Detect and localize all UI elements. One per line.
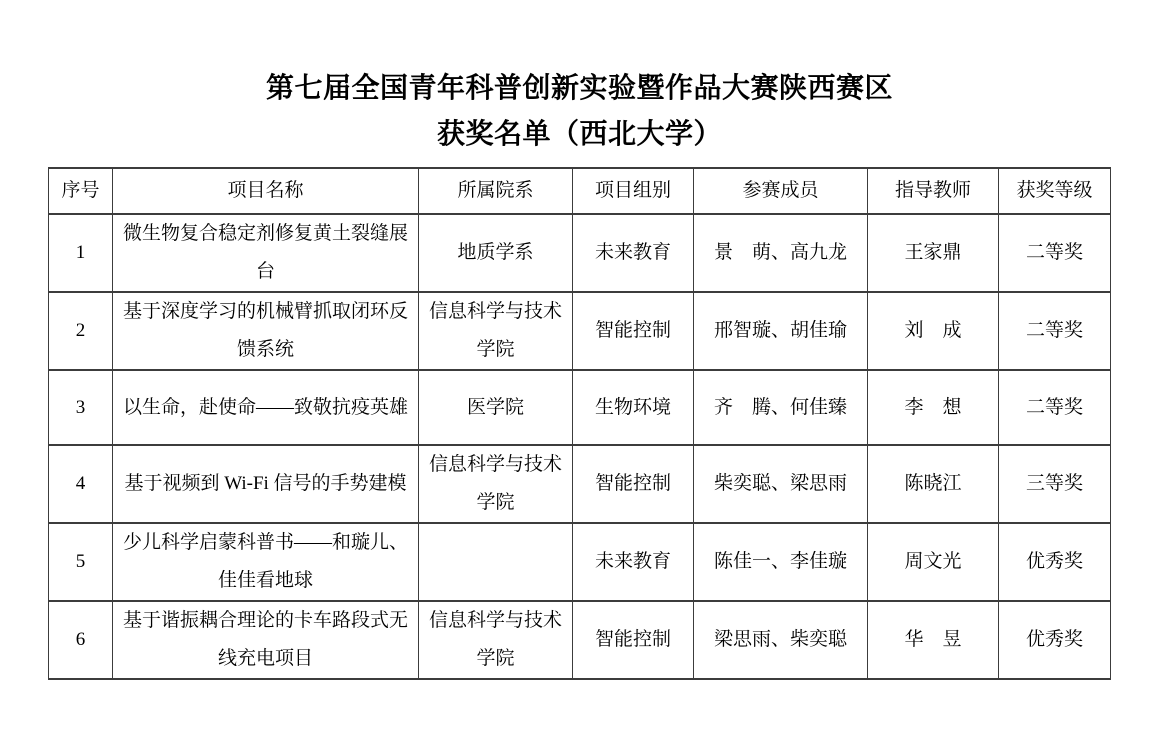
- members-cell: 齐 腾、何佳臻: [694, 370, 868, 445]
- award-cell: 二等奖: [999, 370, 1111, 445]
- project-name-cell: 基于深度学习的机械臂抓取闭环反馈系统: [113, 292, 419, 370]
- members-cell: 邢智璇、胡佳瑜: [694, 292, 868, 370]
- header-cell-members: 参赛成员: [694, 168, 868, 214]
- group-cell: 生物环境: [573, 370, 694, 445]
- members-cell: 景 萌、高九龙: [694, 214, 868, 292]
- table-row: 6 基于谐振耦合理论的卡车路段式无线充电项目 信息科学与技术学院 智能控制 梁思…: [49, 601, 1111, 679]
- table-row: 4 基于视频到 Wi-Fi 信号的手势建模 信息科学与技术学院 智能控制 柴奕聪…: [49, 445, 1111, 523]
- header-cell-group: 项目组别: [573, 168, 694, 214]
- table-header-row: 序号 项目名称 所属院系 项目组别 参赛成员 指导教师 获奖等级: [49, 168, 1111, 214]
- serial-cell: 4: [49, 445, 113, 523]
- department-cell: 信息科学与技术学院: [419, 445, 573, 523]
- members-cell: 柴奕聪、梁思雨: [694, 445, 868, 523]
- members-cell: 梁思雨、柴奕聪: [694, 601, 868, 679]
- group-cell: 未来教育: [573, 214, 694, 292]
- header-cell-department: 所属院系: [419, 168, 573, 214]
- award-cell: 二等奖: [999, 214, 1111, 292]
- group-cell: 智能控制: [573, 292, 694, 370]
- teacher-cell: 华 昱: [868, 601, 999, 679]
- header-cell-serial: 序号: [49, 168, 113, 214]
- group-cell: 智能控制: [573, 445, 694, 523]
- table-row: 3 以生命，赴使命——致敬抗疫英雄 医学院 生物环境 齐 腾、何佳臻 李 想 二…: [49, 370, 1111, 445]
- table-row: 2 基于深度学习的机械臂抓取闭环反馈系统 信息科学与技术学院 智能控制 邢智璇、…: [49, 292, 1111, 370]
- serial-cell: 6: [49, 601, 113, 679]
- award-cell: 优秀奖: [999, 601, 1111, 679]
- department-cell: 医学院: [419, 370, 573, 445]
- department-cell: 地质学系: [419, 214, 573, 292]
- award-cell: 三等奖: [999, 445, 1111, 523]
- department-cell: [419, 523, 573, 601]
- teacher-cell: 王家鼎: [868, 214, 999, 292]
- project-name-cell: 微生物复合稳定剂修复黄土裂缝展台: [113, 214, 419, 292]
- table-row: 1 微生物复合稳定剂修复黄土裂缝展台 地质学系 未来教育 景 萌、高九龙 王家鼎…: [49, 214, 1111, 292]
- project-name-cell: 以生命，赴使命——致敬抗疫英雄: [113, 370, 419, 445]
- header-cell-project-name: 项目名称: [113, 168, 419, 214]
- teacher-cell: 周文光: [868, 523, 999, 601]
- department-cell: 信息科学与技术学院: [419, 601, 573, 679]
- teacher-cell: 陈晓江: [868, 445, 999, 523]
- teacher-cell: 刘 成: [868, 292, 999, 370]
- members-cell: 陈佳一、李佳璇: [694, 523, 868, 601]
- project-name-cell: 少儿科学启蒙科普书——和璇儿、佳佳看地球: [113, 523, 419, 601]
- header-cell-teacher: 指导教师: [868, 168, 999, 214]
- document-page: 第七届全国青年科普创新实验暨作品大赛陕西赛区 获奖名单（西北大学） 序号 项目名…: [0, 0, 1159, 738]
- document-title-block: 第七届全国青年科普创新实验暨作品大赛陕西赛区 获奖名单（西北大学）: [0, 0, 1159, 158]
- serial-cell: 1: [49, 214, 113, 292]
- award-cell: 优秀奖: [999, 523, 1111, 601]
- document-title-line1: 第七届全国青年科普创新实验暨作品大赛陕西赛区: [0, 66, 1159, 112]
- teacher-cell: 李 想: [868, 370, 999, 445]
- table-row: 5 少儿科学启蒙科普书——和璇儿、佳佳看地球 未来教育 陈佳一、李佳璇 周文光 …: [49, 523, 1111, 601]
- group-cell: 未来教育: [573, 523, 694, 601]
- department-cell: 信息科学与技术学院: [419, 292, 573, 370]
- project-name-cell: 基于视频到 Wi-Fi 信号的手势建模: [113, 445, 419, 523]
- header-cell-award: 获奖等级: [999, 168, 1111, 214]
- serial-cell: 3: [49, 370, 113, 445]
- award-cell: 二等奖: [999, 292, 1111, 370]
- serial-cell: 2: [49, 292, 113, 370]
- serial-cell: 5: [49, 523, 113, 601]
- project-name-cell: 基于谐振耦合理论的卡车路段式无线充电项目: [113, 601, 419, 679]
- awards-table: 序号 项目名称 所属院系 项目组别 参赛成员 指导教师 获奖等级 1 微生物复合…: [48, 167, 1111, 680]
- group-cell: 智能控制: [573, 601, 694, 679]
- document-title-line2: 获奖名单（西北大学）: [0, 112, 1159, 158]
